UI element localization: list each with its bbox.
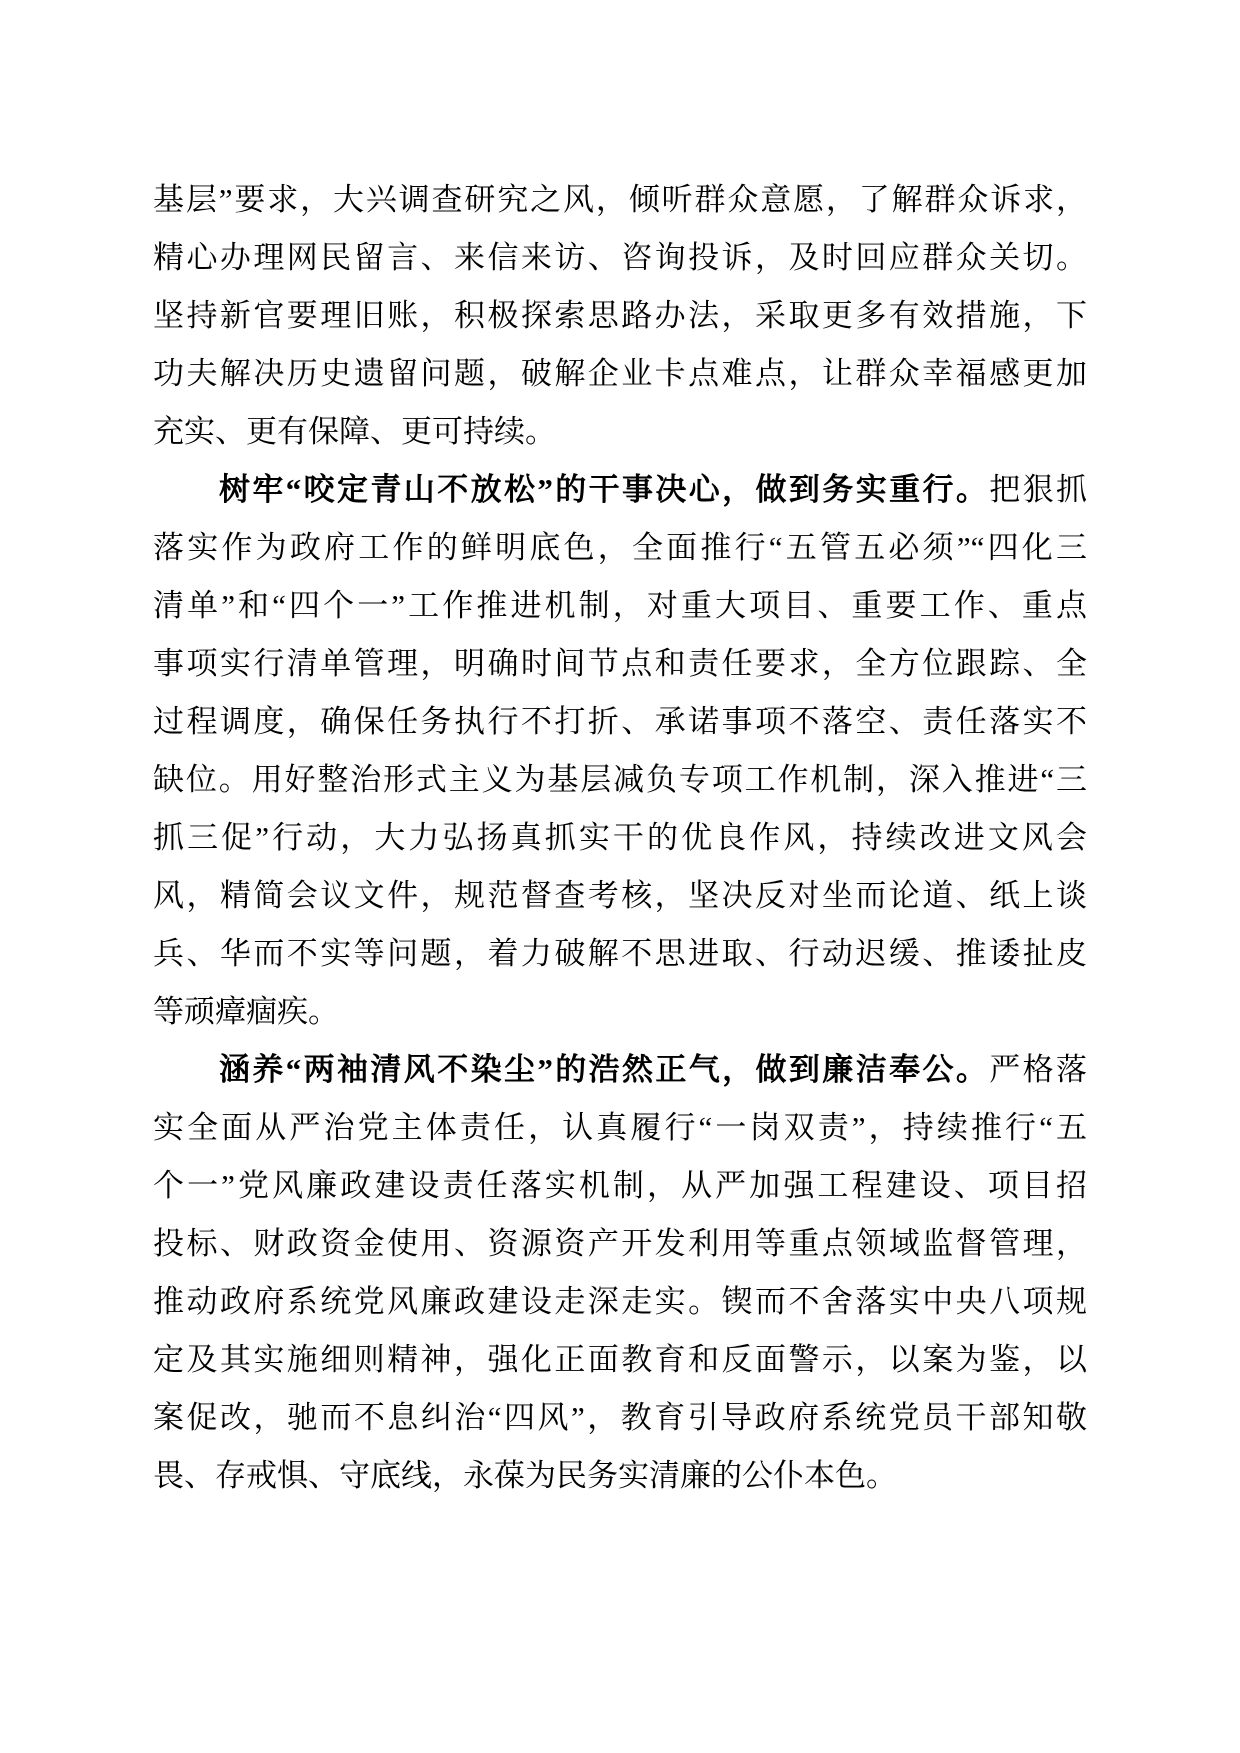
text-run: 事项实行清单管理，明确时间节点和责任要求，全方位跟踪、全 — [153, 646, 1087, 681]
text-line: 个一”党风廉政建设责任落实机制，从严加强工程建设、项目招 — [153, 1157, 1087, 1215]
text-line: 案促改，驰而不息纠治“四风”，教育引导政府系统党员干部知敬 — [153, 1389, 1087, 1447]
text-line: 定及其实施细则精神，强化正面教育和反面警示，以案为鉴，以 — [153, 1331, 1087, 1389]
paragraph-1: 基层”要求，大兴调查研究之风，倾听群众意愿，了解群众诉求，精心办理网民留言、来信… — [153, 171, 1087, 461]
text-run: 功夫解决历史遗留问题，破解企业卡点难点，让群众幸福感更加 — [153, 356, 1087, 391]
text-run: 精心办理网民留言、来信来访、咨询投诉，及时回应群众关切。 — [153, 240, 1087, 275]
text-run: 把狠抓 — [989, 472, 1087, 507]
text-run: 清单”和“四个一”工作推进机制，对重大项目、重要工作、重点 — [153, 588, 1087, 623]
text-line: 清单”和“四个一”工作推进机制，对重大项目、重要工作、重点 — [153, 577, 1087, 635]
text-run: 抓三促”行动，大力弘扬真抓实干的优良作风，持续改进文风会 — [153, 820, 1087, 855]
text-line: 等顽瘴痼疾。 — [153, 983, 1087, 1041]
text-run: 畏、存戒惧、守底线，永葆为民务实清廉的公仆本色。 — [153, 1458, 897, 1493]
text-line: 基层”要求，大兴调查研究之风，倾听群众意愿，了解群众诉求， — [153, 171, 1087, 229]
text-line: 落实作为政府工作的鲜明底色，全面推行“五管五必须”“四化三 — [153, 519, 1087, 577]
text-run: 实全面从严治党主体责任，认真履行“一岗双责”，持续推行“五 — [153, 1110, 1087, 1145]
text-line: 兵、华而不实等问题，着力破解不思进取、行动迟缓、推诿扯皮 — [153, 925, 1087, 983]
text-run: 定及其实施细则精神，强化正面教育和反面警示，以案为鉴，以 — [153, 1342, 1087, 1377]
text-run: 兵、华而不实等问题，着力破解不思进取、行动迟缓、推诿扯皮 — [153, 936, 1087, 971]
text-run: 坚持新官要理旧账，积极探索思路办法，采取更多有效措施，下 — [153, 298, 1087, 333]
bold-text-run: 涵养“两袖清风不染尘”的浩然正气，做到廉洁奉公。 — [219, 1052, 989, 1087]
paragraph-2: 树牢“咬定青山不放松”的干事决心，做到务实重行。把狠抓落实作为政府工作的鲜明底色… — [153, 461, 1087, 1041]
text-run: 基层”要求，大兴调查研究之风，倾听群众意愿，了解群众诉求， — [153, 182, 1087, 217]
text-run: 落实作为政府工作的鲜明底色，全面推行“五管五必须”“四化三 — [153, 530, 1087, 565]
text-line: 精心办理网民留言、来信来访、咨询投诉，及时回应群众关切。 — [153, 229, 1087, 287]
text-line: 坚持新官要理旧账，积极探索思路办法，采取更多有效措施，下 — [153, 287, 1087, 345]
text-line: 树牢“咬定青山不放松”的干事决心，做到务实重行。把狠抓 — [153, 461, 1087, 519]
text-line: 缺位。用好整治形式主义为基层减负专项工作机制，深入推进“三 — [153, 751, 1087, 809]
text-line: 风，精简会议文件，规范督查考核，坚决反对坐而论道、纸上谈 — [153, 867, 1087, 925]
text-run: 投标、财政资金使用、资源资产开发利用等重点领域监督管理， — [153, 1226, 1087, 1261]
text-run: 严格落 — [989, 1052, 1087, 1087]
text-line: 功夫解决历史遗留问题，破解企业卡点难点，让群众幸福感更加 — [153, 345, 1087, 403]
text-block: 基层”要求，大兴调查研究之风，倾听群众意愿，了解群众诉求，精心办理网民留言、来信… — [153, 171, 1087, 1505]
paragraph-3: 涵养“两袖清风不染尘”的浩然正气，做到廉洁奉公。严格落实全面从严治党主体责任，认… — [153, 1041, 1087, 1505]
text-line: 过程调度，确保任务执行不打折、承诺事项不落空、责任落实不 — [153, 693, 1087, 751]
text-line: 实全面从严治党主体责任，认真履行“一岗双责”，持续推行“五 — [153, 1099, 1087, 1157]
bold-text-run: 树牢“咬定青山不放松”的干事决心，做到务实重行。 — [219, 472, 989, 507]
text-run: 推动政府系统党风廉政建设走深走实。锲而不舍落实中央八项规 — [153, 1284, 1087, 1319]
text-run: 风，精简会议文件，规范督查考核，坚决反对坐而论道、纸上谈 — [153, 878, 1087, 913]
text-line: 涵养“两袖清风不染尘”的浩然正气，做到廉洁奉公。严格落 — [153, 1041, 1087, 1099]
document-page: 基层”要求，大兴调查研究之风，倾听群众意愿，了解群众诉求，精心办理网民留言、来信… — [0, 0, 1240, 1753]
text-line: 抓三促”行动，大力弘扬真抓实干的优良作风，持续改进文风会 — [153, 809, 1087, 867]
text-run: 案促改，驰而不息纠治“四风”，教育引导政府系统党员干部知敬 — [153, 1400, 1087, 1435]
text-run: 个一”党风廉政建设责任落实机制，从严加强工程建设、项目招 — [153, 1168, 1087, 1203]
text-line: 畏、存戒惧、守底线，永葆为民务实清廉的公仆本色。 — [153, 1447, 1087, 1505]
text-line: 投标、财政资金使用、资源资产开发利用等重点领域监督管理， — [153, 1215, 1087, 1273]
text-run: 充实、更有保障、更可持续。 — [153, 414, 556, 449]
text-line: 事项实行清单管理，明确时间节点和责任要求，全方位跟踪、全 — [153, 635, 1087, 693]
text-run: 等顽瘴痼疾。 — [153, 994, 339, 1029]
text-line: 推动政府系统党风廉政建设走深走实。锲而不舍落实中央八项规 — [153, 1273, 1087, 1331]
text-line: 充实、更有保障、更可持续。 — [153, 403, 1087, 461]
text-run: 缺位。用好整治形式主义为基层减负专项工作机制，深入推进“三 — [153, 762, 1087, 797]
text-run: 过程调度，确保任务执行不打折、承诺事项不落空、责任落实不 — [153, 704, 1087, 739]
